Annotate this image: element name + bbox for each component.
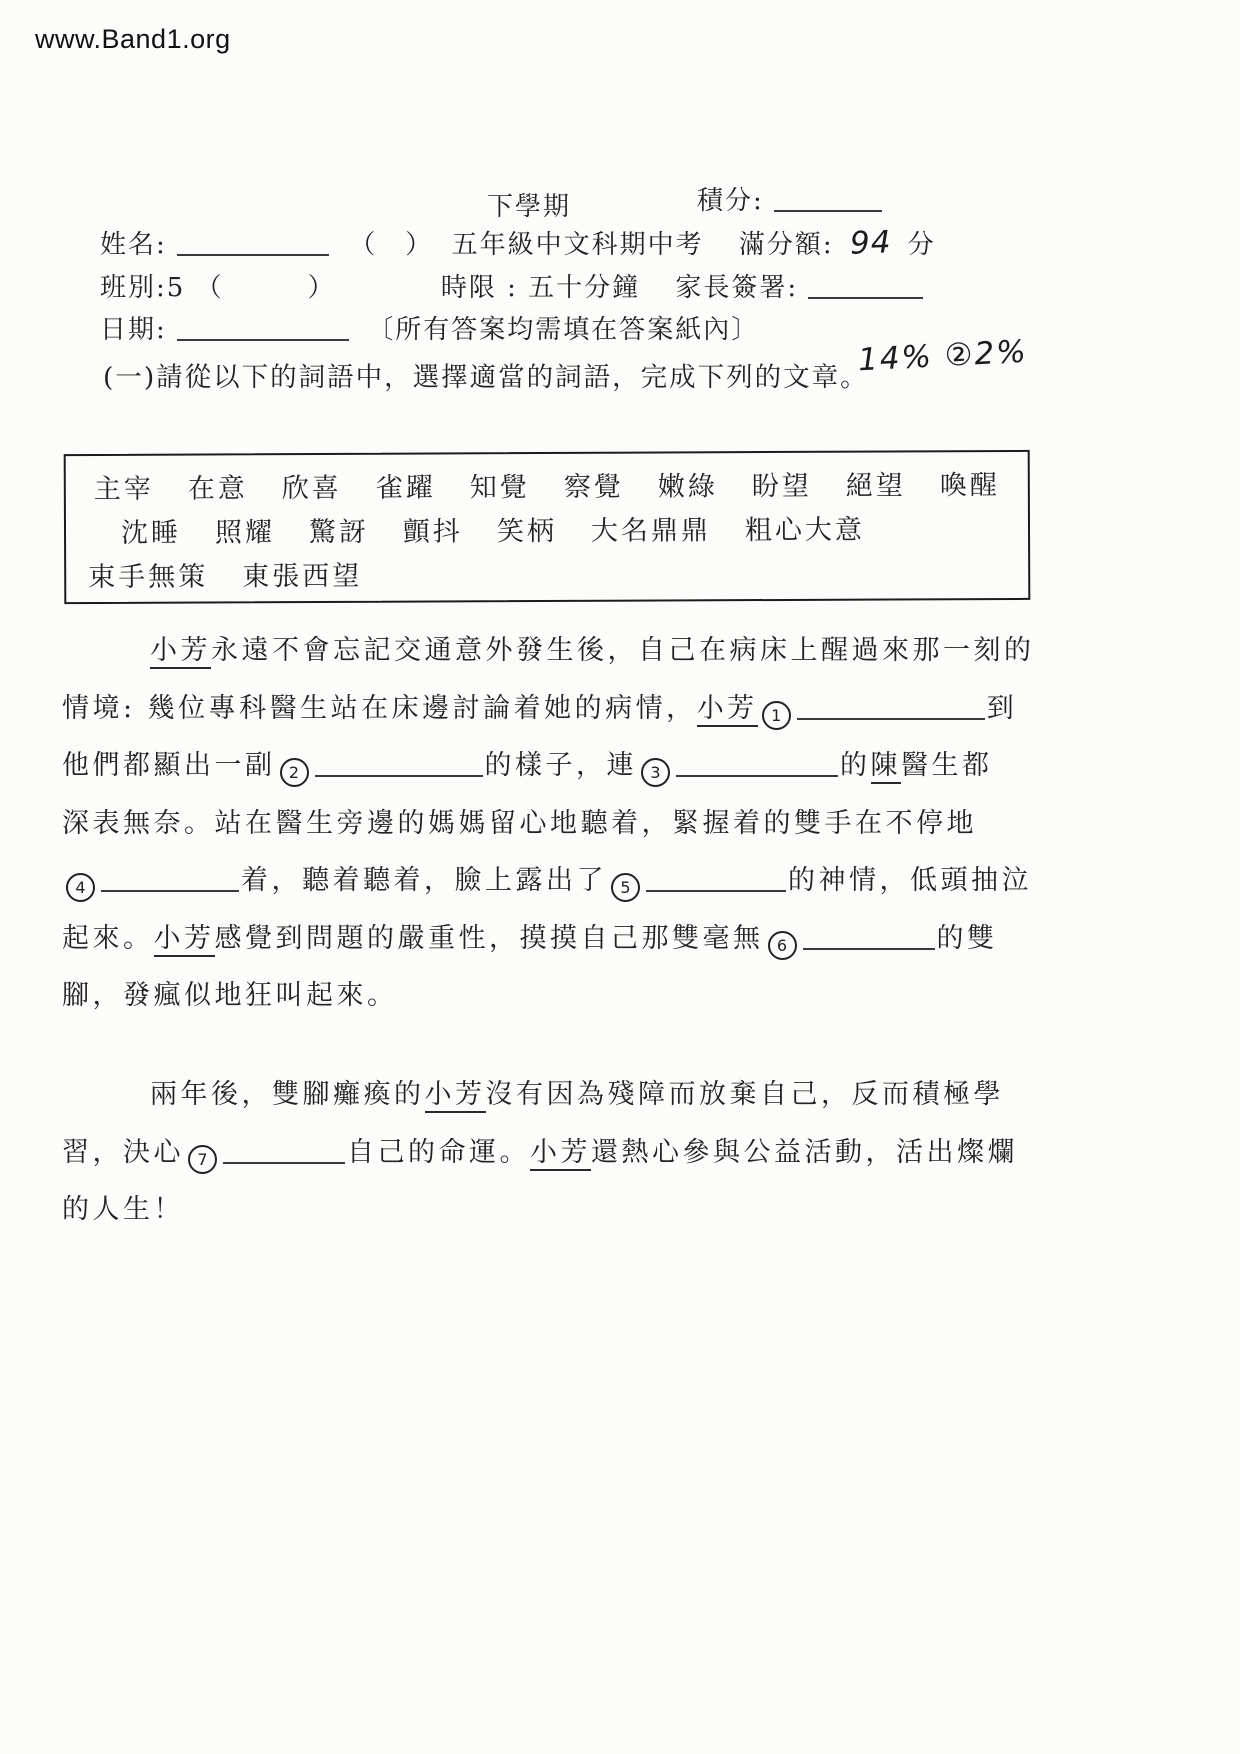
word-bank-row-3: 束手無策東張西望 (66, 552, 1028, 600)
circled-number: 1 (762, 701, 791, 730)
date-blank-line (177, 319, 349, 341)
word-bank-item: 束手無策 (88, 561, 208, 593)
underlined-name: 小芳 (697, 693, 758, 727)
word-bank-item: 驚訝 (309, 517, 369, 548)
passage-text: 腳，發瘋似地狂叫起來。 (62, 980, 398, 1011)
underlined-name: 小芳 (530, 1137, 591, 1171)
underlined-name: 小芳 (425, 1079, 486, 1113)
word-bank-item: 雀躍 (376, 472, 436, 503)
parent-signature-label: 家長簽署: (675, 273, 798, 303)
full-score-unit: 分 (908, 230, 936, 260)
class-number-paren: （ ） (349, 230, 433, 260)
fill-in-blank-line (676, 755, 838, 777)
word-bank-item: 在意 (188, 473, 248, 504)
time-limit-label: 時限 : 五十分鐘 (441, 273, 640, 303)
passage-line: 兩年後，雙腳癱瘓的小芳沒有因為殘障而放棄自己，反而積極學 (62, 1066, 1047, 1124)
circled-number: 2 (280, 758, 309, 787)
fill-in-blank-line (803, 928, 935, 950)
fill-in-blank-line (797, 698, 985, 720)
word-bank-item: 知覺 (470, 472, 530, 503)
passage-text: 他們都顯出一副 (62, 750, 276, 781)
score-label: 積分: (697, 186, 764, 216)
word-bank-item: 欣喜 (282, 473, 342, 504)
word-bank-item: 顫抖 (403, 516, 463, 547)
name-row: 姓名: （ ） 五年級中文科期中考 滿分額: 94 分 (100, 224, 936, 261)
word-bank-item: 東張西望 (242, 561, 362, 593)
term-label: 下學期 (487, 186, 571, 223)
circled-number: 4 (66, 873, 95, 902)
word-bank-box: 主宰在意欣喜雀躍知覺察覺嫩綠盼望絕望喚醒 沈睡照耀驚訝顫抖笑柄大名鼎鼎粗心大意 … (64, 450, 1031, 604)
passage-line: 深表無奈。站在醫生旁邊的媽媽留心地聽着，緊握着的雙手在不停地 (62, 795, 1047, 853)
passage-text: 兩年後，雙腳癱瘓的 (150, 1079, 425, 1110)
parent-signature-blank-line (808, 277, 923, 299)
circled-number: 3 (641, 758, 670, 787)
score-blank-line (774, 190, 882, 212)
word-bank-item: 照耀 (215, 517, 275, 548)
word-bank-row-1: 主宰在意欣喜雀躍知覺察覺嫩綠盼望絕望喚醒 (66, 464, 1028, 512)
passage-line: 起來。小芳感覺到問題的嚴重性，摸摸自己那雙毫無6的雙 (62, 910, 1047, 968)
passage-text: 還熱心參與公益活動，活出燦爛 (591, 1137, 1018, 1168)
word-bank-item: 盼望 (752, 471, 812, 502)
fill-in-blank-line (646, 870, 786, 892)
full-score-label: 滿分額: (739, 230, 834, 260)
exam-title: 五年級中文科期中考 (452, 230, 704, 260)
passage-text: 的 (840, 750, 871, 781)
fill-in-blank-line (315, 755, 483, 777)
name-label: 姓名: (100, 230, 167, 260)
word-bank-item: 大名鼎鼎 (591, 515, 711, 547)
watermark: www.Band1.org (35, 24, 231, 55)
passage-line: 小芳永遠不會忘記交通意外發生後，自己在病床上醒過來那一刻的 (62, 622, 1047, 680)
date-label: 日期: (100, 315, 167, 345)
underlined-name: 小芳 (154, 923, 215, 957)
passage-text: 着，聽着聽着，臉上露出了 (241, 865, 607, 896)
word-bank-item: 沈睡 (121, 518, 181, 549)
passage-paragraph-2: 兩年後，雙腳癱瘓的小芳沒有因為殘障而放棄自己，反而積極學習，決心7自己的命運。小… (62, 1066, 1047, 1239)
passage-text: 情境: 幾位專科醫生站在床邊討論着她的病情， (62, 693, 697, 724)
word-bank-item: 喚醒 (940, 470, 1000, 501)
word-bank-item: 主宰 (94, 474, 154, 505)
passage-text: 的人生！ (62, 1194, 184, 1225)
word-bank-item: 絕望 (846, 470, 906, 501)
passage-text: 永遠不會忘記交通意外發生後，自己在病床上醒過來那一刻的 (211, 635, 1035, 666)
passage-text: 自己的命運。 (347, 1137, 530, 1168)
section1-instruction: (一)請從以下的詞語中，選擇適當的詞語，完成下列的文章。 (103, 355, 869, 394)
passage-line: 的人生！ (62, 1181, 1047, 1239)
passage-line: 習，決心7自己的命運。小芳還熱心參與公益活動，活出燦爛 (62, 1124, 1047, 1182)
answer-note: 〔所有答案均需填在答案紙內〕 (367, 315, 759, 345)
fill-in-blank-line (223, 1142, 345, 1164)
underlined-name: 小芳 (150, 635, 211, 669)
passage-text: 到 (987, 693, 1018, 724)
exam-paper-page: www.Band1.org 下學期 積分: 姓名: （ ） 五年級中文科期中考 … (0, 0, 1240, 1754)
passage-text: 醫生都 (901, 750, 993, 781)
passage-paragraph-1: 小芳永遠不會忘記交通意外發生後，自己在病床上醒過來那一刻的情境: 幾位專科醫生站… (62, 622, 1047, 1025)
passage-text: 感覺到問題的嚴重性，摸摸自己那雙毫無 (215, 923, 764, 954)
passage-line: 情境: 幾位專科醫生站在床邊討論着她的病情，小芳1到 (62, 680, 1047, 738)
full-score-value-handwritten: 94 (843, 224, 898, 262)
class-paren: （ ） (196, 273, 336, 303)
date-row: 日期: 〔所有答案均需填在答案紙內〕 (100, 309, 759, 346)
name-blank-line (177, 234, 329, 256)
passage-line: 他們都顯出一副2的樣子，連3的陳醫生都 (62, 737, 1047, 795)
class-label: 班別:5 (100, 273, 185, 303)
underlined-name: 陳 (871, 750, 902, 784)
word-bank-item: 嫩綠 (658, 471, 718, 502)
circled-number: 7 (188, 1145, 217, 1174)
passage-text: 的樣子，連 (485, 750, 638, 781)
word-bank-item: 粗心大意 (745, 515, 865, 547)
passage-text: 的神情，低頭抽泣 (788, 865, 1032, 896)
passage-text: 起來。 (62, 923, 154, 954)
circled-number: 6 (768, 931, 797, 960)
circled-number: 5 (611, 873, 640, 902)
fill-in-blank-line (101, 870, 239, 892)
passage-line: 4着，聽着聽着，臉上露出了5的神情，低頭抽泣 (62, 852, 1047, 910)
class-row: 班別:5 （ ） 時限 : 五十分鐘 家長簽署: (100, 267, 923, 304)
passage-text: 的雙 (937, 923, 998, 954)
word-bank-item: 察覺 (564, 472, 624, 503)
word-bank-row-2: 沈睡照耀驚訝顫抖笑柄大名鼎鼎粗心大意 (66, 508, 1028, 556)
passage-text: 習，決心 (62, 1137, 184, 1168)
score-field: 積分: (697, 180, 882, 217)
passage-text: 沒有因為殘障而放棄自己，反而積極學 (486, 1079, 1005, 1110)
handwritten-marks: 14% ②2% (857, 334, 1028, 379)
passage-text: 深表無奈。站在醫生旁邊的媽媽留心地聽着，緊握着的雙手在不停地 (62, 808, 977, 839)
passage-line: 腳，發瘋似地狂叫起來。 (62, 967, 1047, 1025)
word-bank-item: 笑柄 (497, 516, 557, 547)
